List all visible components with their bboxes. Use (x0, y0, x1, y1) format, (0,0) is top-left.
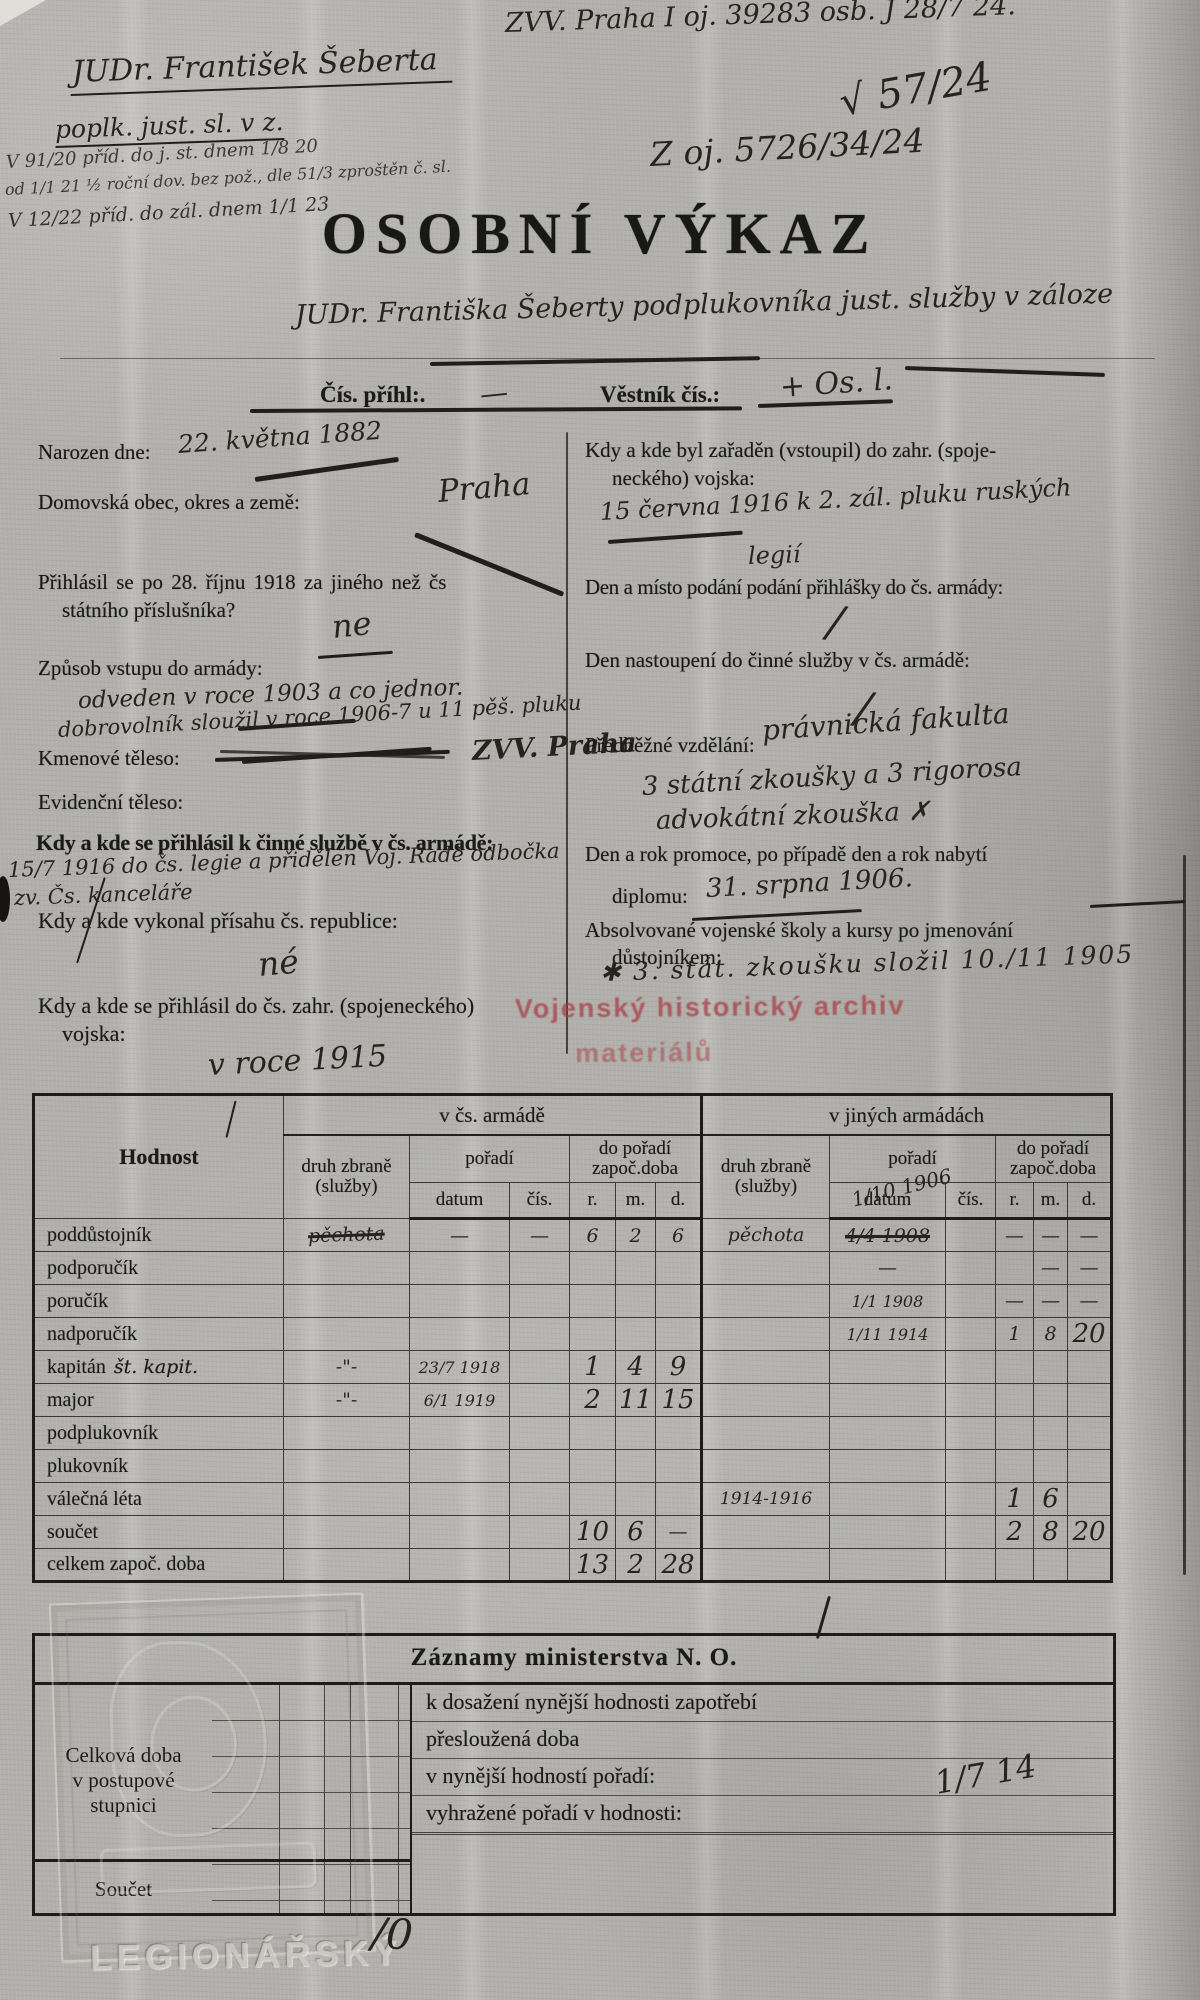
table-row: kapitánšt. kapit. -"- 23/7 1918 149 (34, 1351, 1112, 1384)
page-fold-line (1183, 855, 1186, 1575)
field-declared1918-label-line2: státního příslušníka? (62, 598, 235, 623)
annotation-registry-line: ZVV. Praha I oj. 39283 osb. J 28/7 24. (504, 0, 1016, 39)
table-col-branch: druh zbraně(služby) (702, 1135, 830, 1219)
annotation-bottom-number: /0 (370, 1908, 414, 1960)
field-declared1918-value: ne (330, 604, 373, 646)
ink-stroke (318, 651, 393, 659)
field-birthdate-value: 22. května 1882 (177, 416, 383, 459)
table-row: poručík 1/1 1908 ——— (34, 1285, 1112, 1318)
ink-stroke (905, 366, 1105, 377)
field-oath-value: né (256, 942, 300, 984)
table-col-date: datum (410, 1183, 510, 1219)
document-title: OSOBNÍ VÝKAZ (0, 200, 1200, 267)
table-col-months: m. (1034, 1183, 1068, 1219)
annotation-check-number: √ 57/24 (836, 54, 995, 126)
scanned-document-page: ZVV. Praha I oj. 39283 osb. J 28/7 24. √… (0, 0, 1200, 2000)
ministry-row: vyhražené pořadí v hodnosti: (412, 1796, 1113, 1835)
field-education-label: Předběžné vzdělání: (585, 733, 755, 758)
table-group-other-armies: v jiných armádách (702, 1095, 1112, 1136)
table-row: podporučík — —— (34, 1252, 1112, 1285)
cis-prihl-value: — (478, 375, 509, 411)
field-hometown-value: Praha (436, 466, 531, 510)
ink-stroke (1090, 900, 1185, 908)
table-col-number: čís. (510, 1183, 570, 1219)
field-foreign-army-label-line1: Kdy a kde se přihlásil do čs. zahr. (spo… (38, 993, 474, 1019)
field-application-value: / (824, 596, 846, 649)
field-declared1918-label-line1: Přihlásil se po 28. říjnu 1918 za jiného… (38, 570, 446, 595)
ministry-row: k dosažení nynější hodnosti zapotřebí (412, 1685, 1113, 1722)
field-enrolled-label-line1: Kdy a kde byl zařaděn (vstoupil) do zahr… (585, 438, 996, 463)
field-record-unit-label: Evidenční těleso: (38, 790, 183, 815)
table-row: plukovník (34, 1450, 1112, 1483)
table-row: celkem započ. doba 13228 (34, 1549, 1112, 1582)
table-col-counted-time: do pořadízapoč.doba (996, 1135, 1112, 1183)
ink-stroke (255, 457, 399, 482)
table-col-counted-time: do pořadízapoč.doba (570, 1135, 702, 1183)
field-application-label: Den a místo podání podání přihlášky do č… (585, 575, 1003, 600)
table-col-number: čís. (946, 1183, 996, 1219)
table-col-days: d. (656, 1183, 702, 1219)
field-graduation-label-line1: Den a rok promoce, po případě den a rok … (585, 842, 987, 867)
vestnik-label: Věstník čís.: (600, 382, 720, 408)
field-graduation-value: 31. srpna 1906. (705, 863, 913, 904)
table-row: podplukovník (34, 1417, 1112, 1450)
name-line: JUDr. Františka Šeberty podplukovníka ju… (295, 279, 1114, 331)
field-birthdate-label: Narozen dne: (38, 440, 151, 465)
table-row: poddůstojník pěchota —— 626 pěchota 4/4 … (34, 1219, 1112, 1252)
field-graduation-label-line2: diplomu: (612, 884, 688, 909)
field-commencement-label: Den nastoupení do činné služby v čs. arm… (585, 648, 970, 673)
table-row: součet 106— 2820 (34, 1516, 1112, 1549)
field-enrolled-value-line2: legií (748, 540, 802, 570)
embossed-stamp (49, 1593, 375, 1963)
ministry-rows: k dosažení nynější hodnosti zapotřebí př… (410, 1685, 1113, 1913)
embossed-emblem (99, 1841, 316, 1895)
archive-stamp: Vojenský historický archiv materiálů (515, 990, 906, 1069)
ink-stroke (608, 531, 743, 544)
field-parent-unit-label: Kmenové těleso: (38, 746, 180, 771)
table-col-years: r. (996, 1183, 1034, 1219)
ink-blot (0, 876, 10, 922)
table-row: major -"- 6/1 1919 21115 (34, 1384, 1112, 1417)
table-col-years: r. (570, 1183, 616, 1219)
field-military-schools-label-line1: Absolvované vojenské školy a kursy po jm… (585, 918, 1013, 943)
table-row: nadporučík 1/11 1914 1820 (34, 1318, 1112, 1351)
table-col-branch: druh zbraně(služby) (284, 1135, 410, 1219)
page-edge-shadow (1142, 0, 1200, 2000)
field-education-value-line2: 3 státní zkoušky a 3 rigorosa (641, 752, 1022, 802)
table-group-cs-army: v čs. armádě (284, 1095, 702, 1136)
field-foreign-army-label-line2: vojska: (62, 1021, 126, 1047)
table-col-order: pořadí (410, 1135, 570, 1183)
table-col-rank: Hodnost (34, 1095, 284, 1219)
rank-table: Hodnost v čs. armádě v jiných armádách d… (32, 1093, 1113, 1583)
table-row: válečná léta 1914-1916 16 (34, 1483, 1112, 1516)
field-education-value-line3: advokátní zkouška ✗ (655, 796, 930, 836)
field-foreign-army-value: v roce 1915 (207, 1039, 388, 1083)
annotation-owner-name: JUDr. František Šeberta (69, 42, 452, 96)
archive-stamp-line2: materiálů (575, 1035, 906, 1069)
annotation-file-number: Z oj. 5726/34/24 (649, 121, 925, 174)
table-col-days: d. (1068, 1183, 1112, 1219)
torn-corner (0, 0, 46, 26)
archive-stamp-line1: Vojenský historický archiv (515, 990, 906, 1023)
field-enrolled-label-line2: neckého) vojska: (612, 466, 755, 491)
embossed-stamp-text: LEGIONÁŘSKÝ (90, 1933, 402, 1978)
cis-prihl-label: Čís. příhl:. (320, 382, 425, 408)
table-col-months: m. (616, 1183, 656, 1219)
field-entry-label: Způsob vstupu do armády: (38, 656, 263, 681)
field-hometown-label: Domovská obec, okres a země: (38, 490, 300, 515)
field-education-value-line1: právnická fakulta (761, 697, 1011, 747)
vestnik-value: + Os. l. (779, 362, 894, 405)
